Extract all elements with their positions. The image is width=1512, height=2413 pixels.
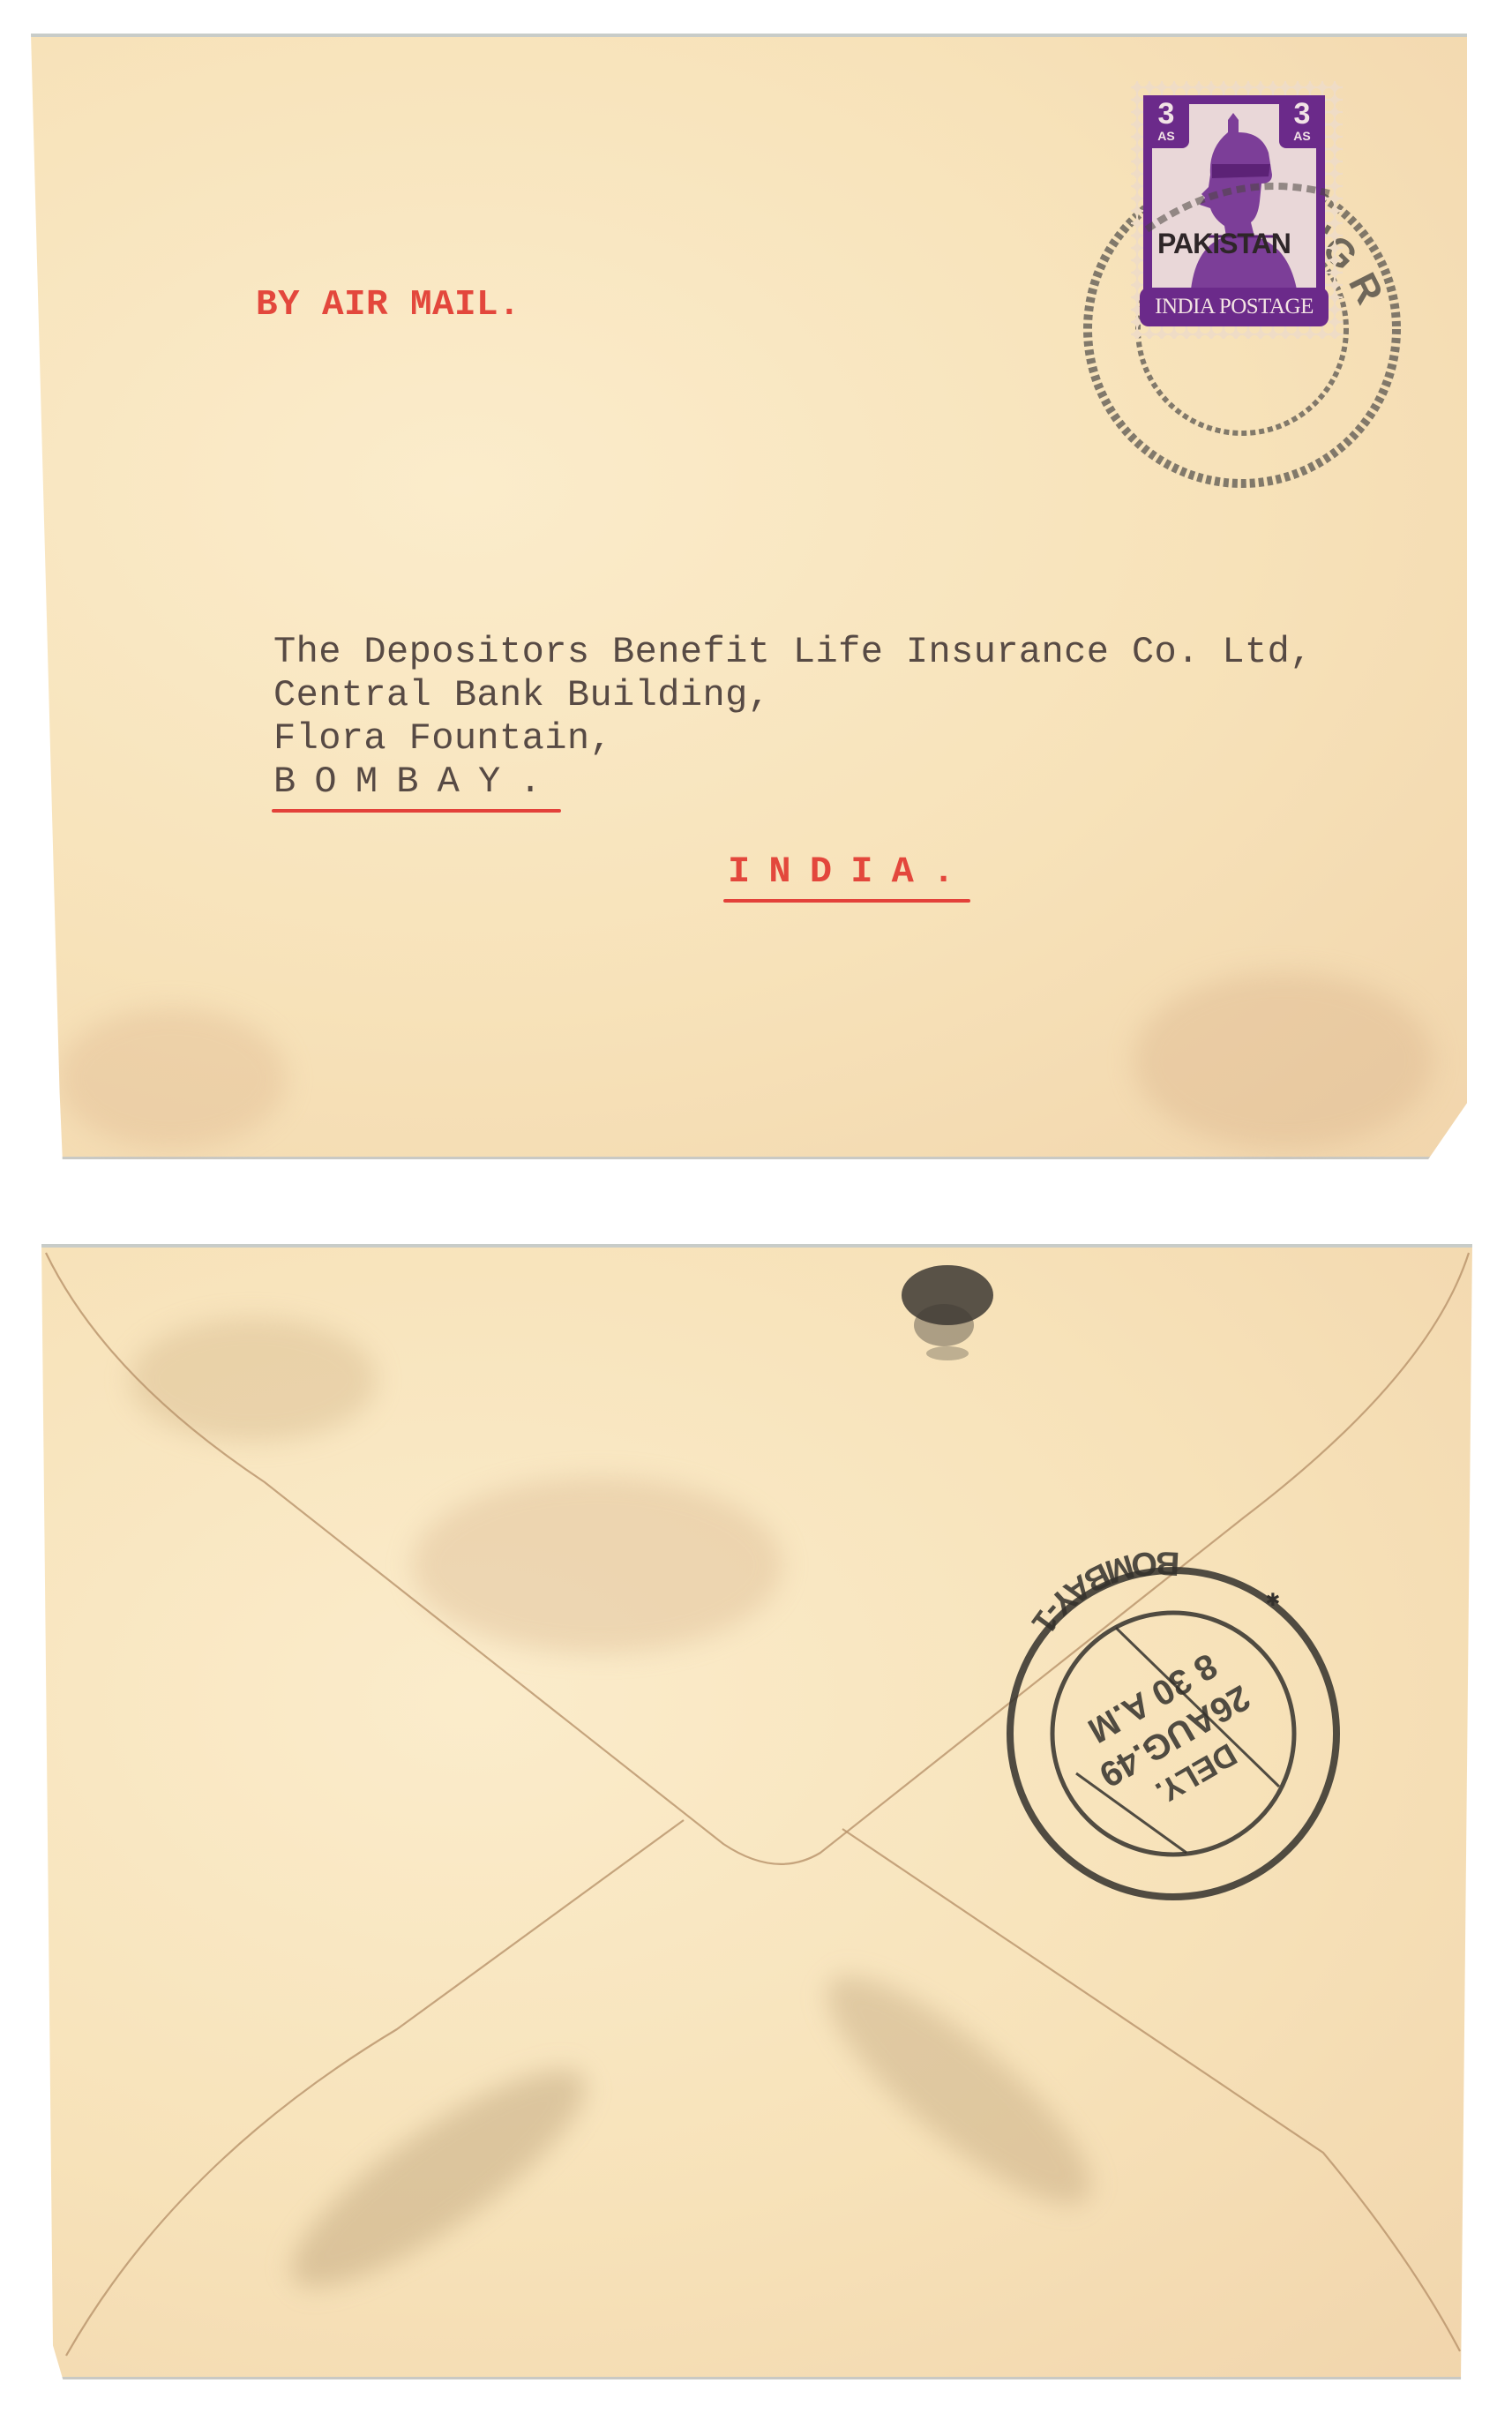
ink-blot <box>891 1262 1006 1368</box>
back-postmark-star-icon: ✱ <box>1266 1586 1280 1613</box>
back-postmark: DELY. 26AUG.49 8 30 A.M BOMBAY-1 ✱ <box>997 1562 1350 1915</box>
envelope-flap-lines <box>0 0 1512 2413</box>
